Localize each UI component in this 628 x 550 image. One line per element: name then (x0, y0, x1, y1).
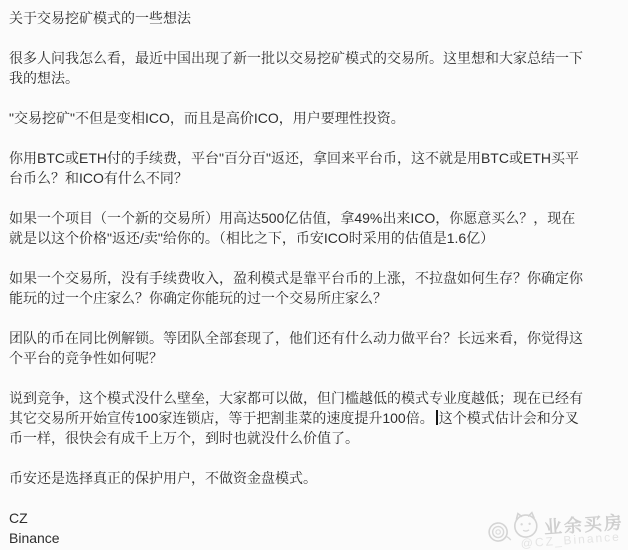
text-document[interactable]: 关于交易挖矿模式的一些想法 很多人问我怎么看，最近中国出现了新一批以交易挖矿模式… (0, 0, 628, 548)
paragraph-team-unlock: 团队的币在同比例解锁。等团队全部套现了，他们还有什么动力做平台？长远来看，你觉得… (9, 328, 587, 368)
paragraph-closing: 币安还是选择真正的保护用户，不做资金盘模式。 (9, 468, 587, 488)
signature-company: Binance (9, 528, 587, 548)
paragraph-competition: 说到竞争，这个模式没什么壁垒，大家都可以做，但门槛越低的模式专业度越低；现在已经… (9, 388, 587, 448)
document-page: 关于交易挖矿模式的一些想法 很多人问我怎么看，最近中国出现了新一批以交易挖矿模式… (0, 0, 628, 550)
post-title: 关于交易挖矿模式的一些想法 (9, 8, 587, 28)
text-cursor (436, 410, 438, 425)
signature-block: CZ Binance (9, 508, 587, 548)
paragraph-valuation: 如果一个项目（一个新的交易所）用高达500亿估值，拿49%出来ICO，你愿意买么… (9, 208, 587, 248)
paragraph-intro: 很多人问我怎么看，最近中国出现了新一批以交易挖矿模式的交易所。这里想和大家总结一… (9, 48, 587, 88)
paragraph-revenue-model: 如果一个交易所，没有手续费收入，盈利模式是靠平台币的上涨，不拉盘如何生存？你确定… (9, 268, 587, 308)
paragraph-ico-comparison: "交易挖矿"不但是变相ICO，而且是高价ICO，用户要理性投资。 (9, 108, 587, 128)
signature-name: CZ (9, 508, 587, 528)
paragraph-fee-rebate: 你用BTC或ETH付的手续费，平台"百分百"返还，拿回来平台币，这不就是用BTC… (9, 148, 587, 188)
